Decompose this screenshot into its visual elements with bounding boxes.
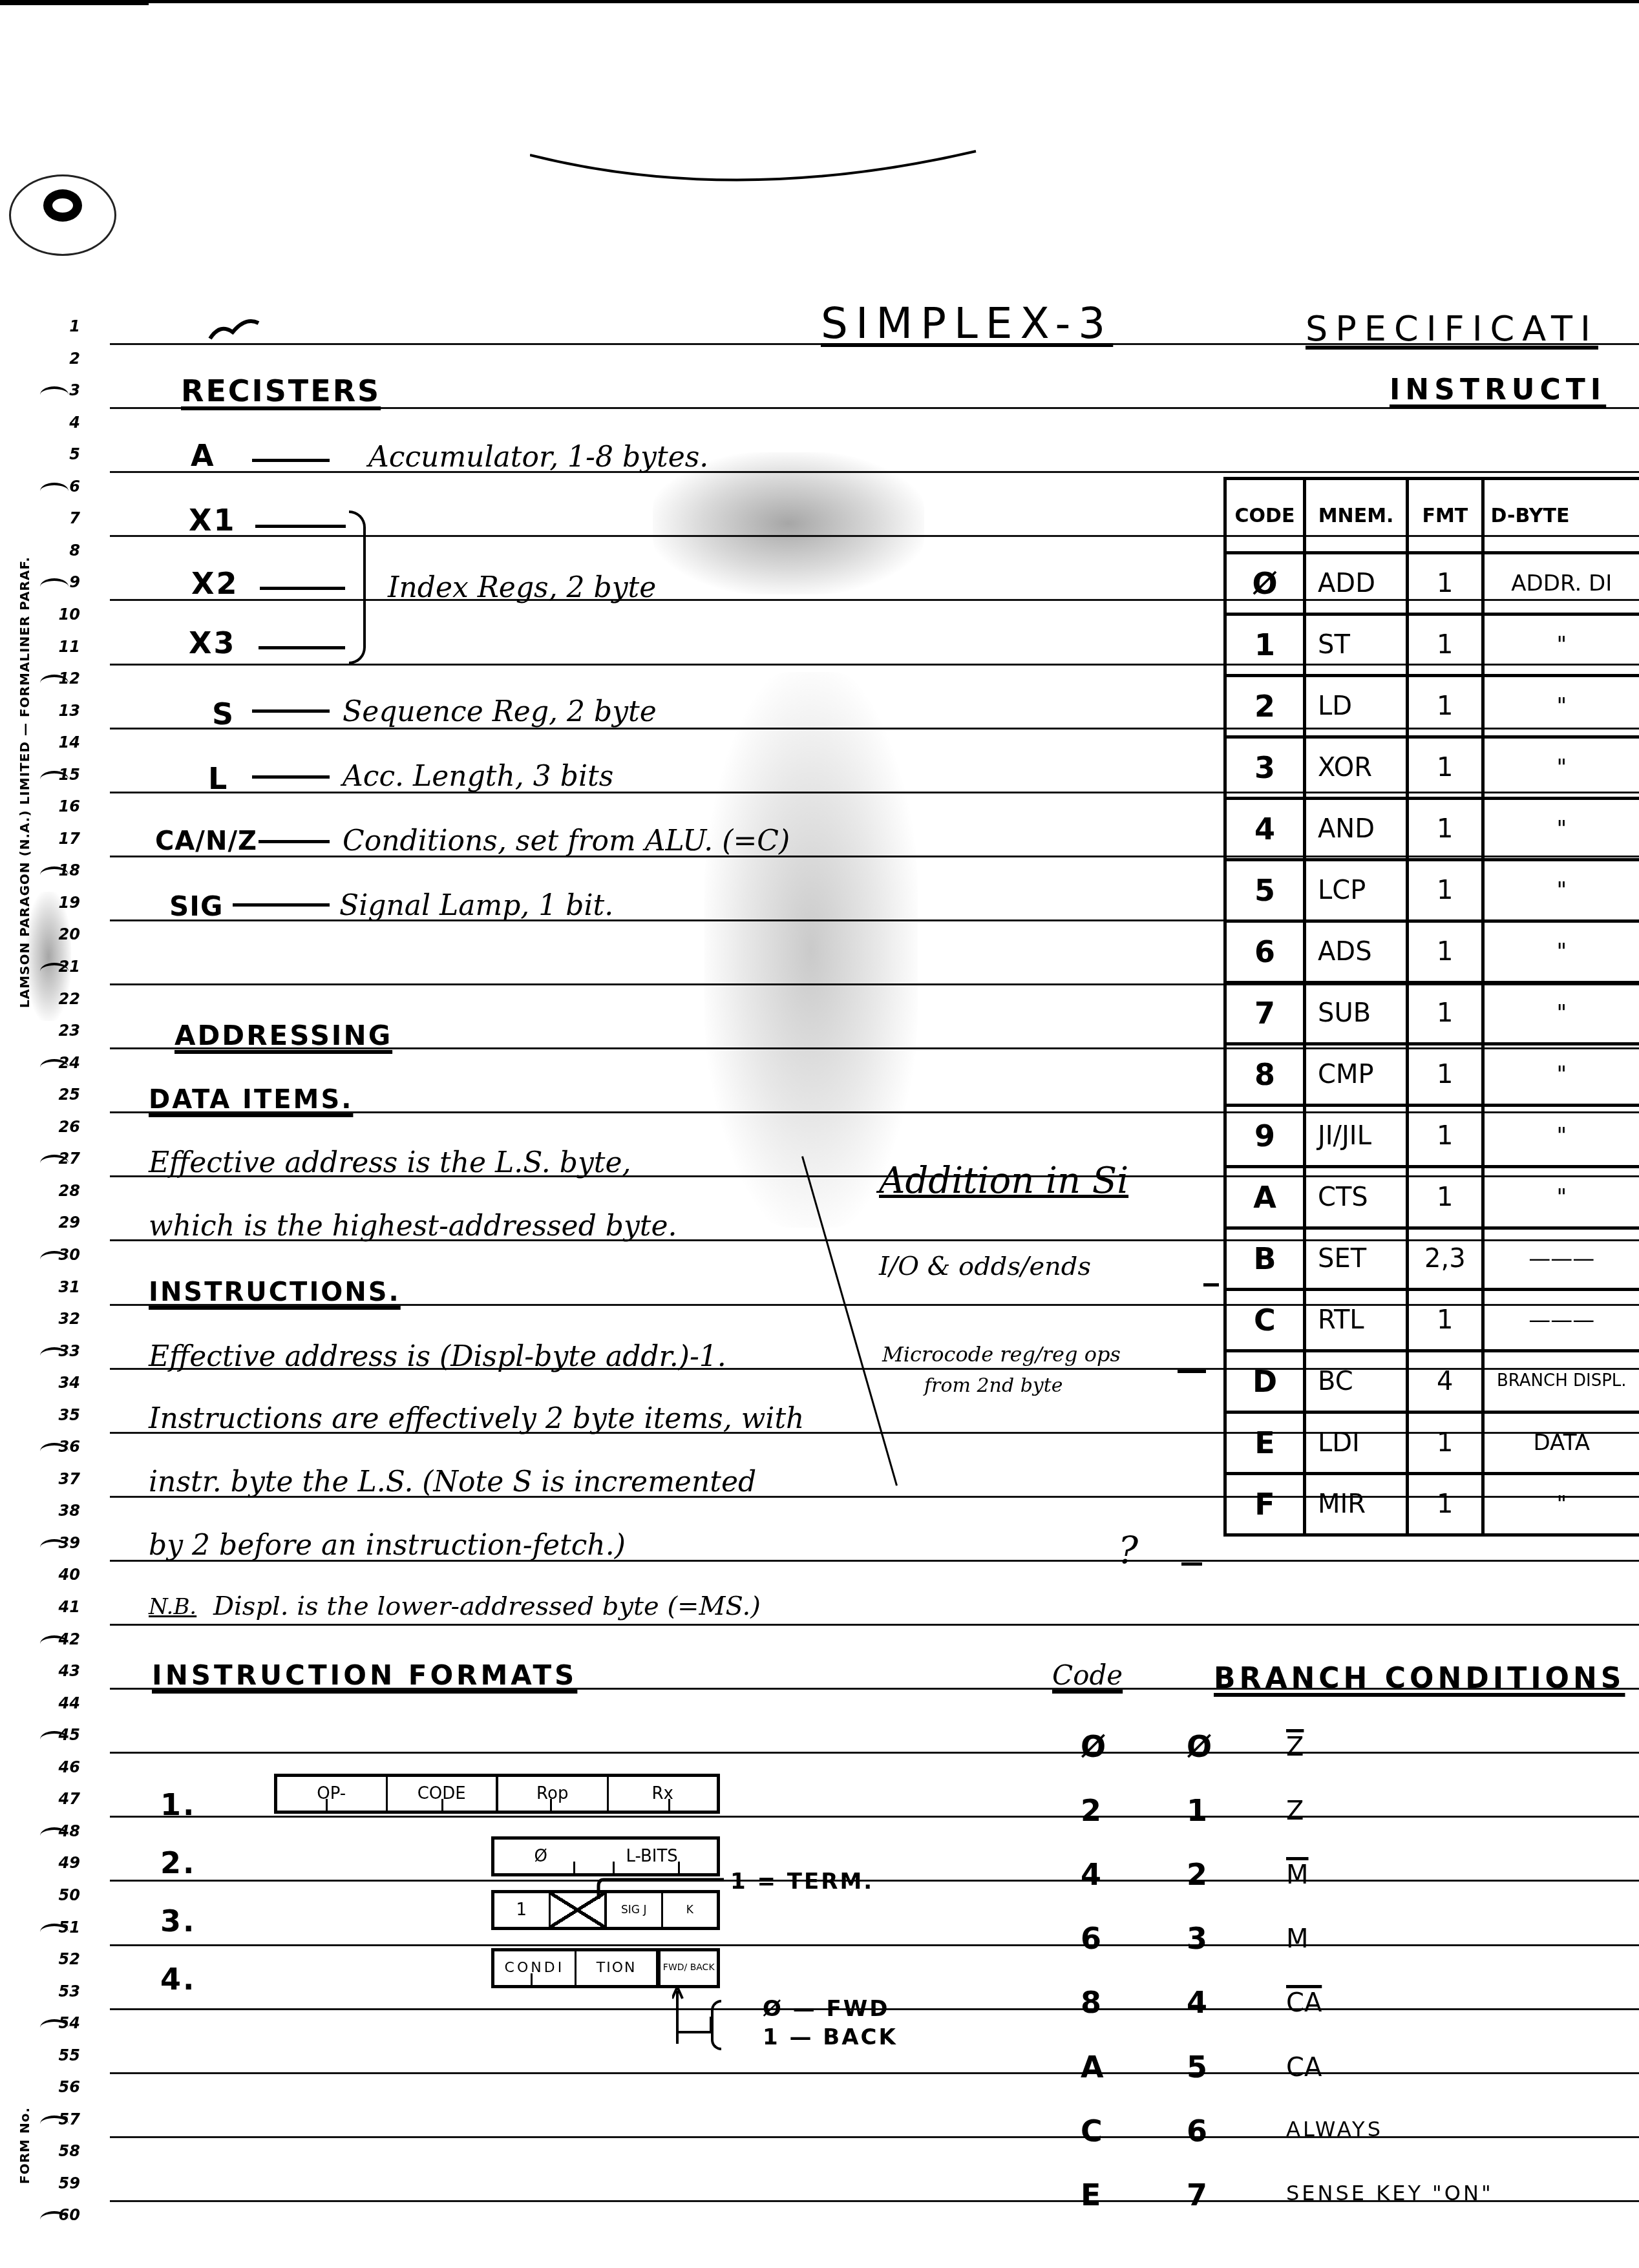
- line-number: 38: [47, 1503, 80, 1518]
- instruction-d-byte: ": [1483, 1044, 1639, 1106]
- line-number: 4: [47, 415, 80, 430]
- binder-hole-icon: [40, 1731, 69, 1748]
- register-sig-description: Signal Lamp, 1 bit.: [339, 892, 613, 920]
- branch-condition-number: 3: [1187, 1924, 1207, 1953]
- line-number: 58: [47, 2143, 80, 2159]
- instruction-format: 1: [1408, 1474, 1483, 1535]
- annotation-microcode: Microcode reg/reg ops: [882, 1344, 1121, 1365]
- instruction-mnemonic: XOR: [1305, 737, 1408, 799]
- instruction-row: DBC4BRANCH DISPL.: [1225, 1351, 1639, 1412]
- instruction-mnemonic: BC: [1305, 1351, 1408, 1412]
- instruction-code: 8: [1225, 1044, 1305, 1106]
- format-3-field-k: K: [663, 1893, 717, 1927]
- register-conditions-description: Conditions, set from ALU. (=C): [343, 827, 790, 856]
- branch-condition: CA: [1286, 2055, 1322, 2081]
- register-a-name: A: [191, 441, 216, 470]
- addressing-heading: ADDRESSING: [174, 1022, 392, 1049]
- line-number: 55: [47, 2048, 80, 2063]
- binder-hole-icon: [40, 2211, 69, 2228]
- line-number: 46: [47, 1759, 80, 1775]
- instruction-table: CODE MNEM. FMT D-BYTE ØADD1ADDR. DI1ST1"…: [1223, 477, 1639, 1537]
- ruled-line: [110, 471, 1639, 473]
- binder-hole-icon: [40, 771, 69, 788]
- line-number: 17: [47, 831, 80, 846]
- instruction-mnemonic: CMP: [1305, 1044, 1408, 1106]
- binder-hole-icon: [40, 1155, 69, 1171]
- instruction-format: 1: [1408, 1044, 1483, 1106]
- ruled-line: [110, 1880, 1639, 1882]
- column-header-format: FMT: [1408, 479, 1483, 553]
- binder-hole-icon: [40, 675, 69, 691]
- format-term-note: 1 = TERM.: [730, 1871, 874, 1893]
- instruction-row: 8CMP1": [1225, 1044, 1639, 1106]
- instruction-format: 2,3: [1408, 1228, 1483, 1290]
- register-x3-name: X3: [189, 628, 236, 658]
- register-a-dash: [252, 459, 330, 462]
- binder-hole-icon: [40, 866, 69, 883]
- instruction-code: 1: [1225, 614, 1305, 676]
- instruction-row: CRTL1———: [1225, 1290, 1639, 1351]
- page-subtitle: SPECIFICATI: [1306, 311, 1598, 346]
- instruction-code: A: [1225, 1167, 1305, 1228]
- page-title: SIMPLEX-3: [821, 302, 1113, 345]
- instruction-format: 1: [1408, 676, 1483, 737]
- format-3-field-unused: [549, 1893, 608, 1927]
- annotation-microcode-2: from 2nd byte: [924, 1376, 1063, 1396]
- branch-code-heading: Code: [1052, 1662, 1123, 1689]
- instruction-d-byte: ": [1483, 1474, 1639, 1535]
- instruction-formats-heading: INSTRUCTION FORMATS: [152, 1662, 577, 1689]
- line-number: 22: [47, 991, 80, 1007]
- ruled-line: [110, 1944, 1639, 1946]
- instruction-row: 9JI/JIL1": [1225, 1106, 1639, 1167]
- binder-hole-icon: [40, 1059, 69, 1076]
- instruction-d-byte: ": [1483, 983, 1639, 1044]
- instruction-format: 1: [1408, 799, 1483, 860]
- line-number: 7: [47, 510, 80, 526]
- format-3-box: 1 SIG J K: [491, 1890, 720, 1930]
- format-2-box: Ø L-BITS: [491, 1836, 720, 1876]
- format-4-box: CONDI TION FWD/ BACK: [491, 1948, 720, 1988]
- format-2-field-lbits: L-BITS: [587, 1840, 717, 1873]
- register-l-name: L: [208, 764, 229, 793]
- line-number: 20: [47, 927, 80, 942]
- column-header-code: CODE: [1225, 479, 1305, 553]
- branch-code: A: [1081, 2052, 1104, 2082]
- arc-scribble: [530, 149, 995, 200]
- tick-scribble: [207, 317, 265, 342]
- instruction-d-byte: ADDR. DI: [1483, 553, 1639, 614]
- data-items-line-1: Effective address is the L.S. byte,: [149, 1149, 631, 1177]
- register-x2-name: X2: [191, 569, 238, 598]
- line-number: 11: [47, 639, 80, 655]
- line-number: 53: [47, 1984, 80, 1999]
- instruction-mnemonic: SUB: [1305, 983, 1408, 1044]
- binder-hole-icon: [40, 963, 69, 980]
- line-number: 44: [47, 1696, 80, 1711]
- index-register-brace: [349, 510, 366, 664]
- binder-hole-icon: [40, 2019, 69, 2036]
- instruction-code: F: [1225, 1474, 1305, 1535]
- binder-hole-icon: [40, 1443, 69, 1460]
- line-number: 59: [47, 2176, 80, 2191]
- line-number: 47: [47, 1791, 80, 1807]
- instruction-mnemonic: JI/JIL: [1305, 1106, 1408, 1167]
- instruction-mnemonic: LD: [1305, 676, 1408, 737]
- instruction-mnemonic: ST: [1305, 614, 1408, 676]
- instruction-row: 6ADS1": [1225, 921, 1639, 983]
- instruction-code: C: [1225, 1290, 1305, 1351]
- branch-condition: SENSE KEY "ON": [1286, 2183, 1494, 2203]
- instruction-format: 1: [1408, 1290, 1483, 1351]
- format-4-field-tion: TION: [575, 1951, 659, 1985]
- instruction-mnemonic: RTL: [1305, 1290, 1408, 1351]
- fwd-note: Ø — FWD: [763, 1998, 890, 2020]
- line-number: 26: [47, 1119, 80, 1135]
- instruction-d-byte: ": [1483, 860, 1639, 921]
- format-2-field-zero: Ø: [494, 1840, 587, 1873]
- instruction-mnemonic: ADD: [1305, 553, 1408, 614]
- format-1-box: OP- CODE Rop Rx: [274, 1774, 720, 1814]
- line-number: 2: [47, 351, 80, 366]
- branch-code: E: [1081, 2180, 1101, 2210]
- line-number: 37: [47, 1471, 80, 1487]
- instruction-format: 1: [1408, 983, 1483, 1044]
- branch-code: 4: [1081, 1860, 1101, 1889]
- register-s-dash: [252, 709, 330, 713]
- instruction-code: 2: [1225, 676, 1305, 737]
- line-number: 52: [47, 1951, 80, 1967]
- instruction-mnemonic: SET: [1305, 1228, 1408, 1290]
- instruction-d-byte: ": [1483, 614, 1639, 676]
- line-number: 40: [47, 1567, 80, 1582]
- register-s-name: S: [212, 699, 235, 729]
- line-number: 49: [47, 1855, 80, 1871]
- line-number: 32: [47, 1311, 80, 1327]
- branch-condition: M: [1286, 1862, 1309, 1888]
- instruction-mnemonic: CTS: [1305, 1167, 1408, 1228]
- line-number: 1: [47, 319, 80, 334]
- ruled-line: [110, 2072, 1639, 2074]
- line-number: 31: [47, 1279, 80, 1295]
- instruction-d-byte: ———: [1483, 1290, 1639, 1351]
- scan-smudge: [653, 452, 924, 594]
- instruction-row: 7SUB1": [1225, 983, 1639, 1044]
- instruction-mnemonic: LCP: [1305, 860, 1408, 921]
- back-note: 1 — BACK: [763, 2026, 898, 2048]
- scan-top-edge-mark: [0, 3, 149, 5]
- register-x3-dash: [259, 646, 345, 649]
- instruction-code: E: [1225, 1412, 1305, 1474]
- instruction-code: D: [1225, 1351, 1305, 1412]
- instruction-d-byte: ": [1483, 1167, 1639, 1228]
- line-number: 14: [47, 735, 80, 750]
- ruled-line: [110, 1752, 1639, 1754]
- branch-condition: M: [1286, 1926, 1309, 1952]
- annotation-addition: Addition in Si: [879, 1163, 1128, 1199]
- binder-hole-icon: [40, 483, 69, 499]
- branch-condition-number: 5: [1187, 2052, 1207, 2082]
- instructions-line-3: instr. byte the L.S. (Note S is incremen…: [149, 1468, 756, 1496]
- instruction-d-byte: ": [1483, 737, 1639, 799]
- instruction-row: 3XOR1": [1225, 737, 1639, 799]
- line-number: 43: [47, 1663, 80, 1679]
- instruction-d-byte: ": [1483, 1106, 1639, 1167]
- instruction-code: B: [1225, 1228, 1305, 1290]
- instruction-format: 1: [1408, 553, 1483, 614]
- annotation-question-dash: [1181, 1562, 1202, 1566]
- instruction-format: 1: [1408, 614, 1483, 676]
- branch-condition-number: Ø: [1187, 1732, 1212, 1761]
- line-number: 10: [47, 607, 80, 622]
- format-1-field-op: OP-: [277, 1777, 388, 1811]
- data-items-line-2: which is the highest-addressed byte.: [149, 1212, 677, 1241]
- branch-code: 2: [1081, 1796, 1101, 1825]
- instruction-d-byte: ": [1483, 676, 1639, 737]
- instruction-code: 3: [1225, 737, 1305, 799]
- instruction-table-header: CODE MNEM. FMT D-BYTE: [1225, 479, 1639, 553]
- form-number: FORM No.: [17, 2107, 32, 2184]
- registers-heading: RECISTERS: [181, 376, 381, 406]
- register-conditions-name: CA/N/Z: [155, 828, 257, 854]
- instruction-row: 2LD1": [1225, 676, 1639, 737]
- binder-ring-icon: [9, 174, 116, 256]
- register-conditions-dash: [259, 840, 330, 843]
- register-a-description: Accumulator, 1-8 bytes.: [368, 443, 708, 472]
- binder-hole-icon: [40, 1347, 69, 1364]
- instruction-d-byte: ———: [1483, 1228, 1639, 1290]
- fwd-back-brace: [711, 2000, 721, 2050]
- branch-condition: CA: [1286, 1990, 1322, 2016]
- instruction-row: ELDI1DATA: [1225, 1412, 1639, 1474]
- instruction-mnemonic: MIR: [1305, 1474, 1408, 1535]
- ruled-line: [110, 1816, 1639, 1818]
- instruction-code: 5: [1225, 860, 1305, 921]
- format-3-number: 3.: [160, 1906, 196, 1936]
- line-number: 41: [47, 1599, 80, 1615]
- line-number: 16: [47, 799, 80, 814]
- line-number: 5: [47, 446, 80, 462]
- column-header-d-byte: D-BYTE: [1483, 479, 1639, 553]
- branch-condition-number: 1: [1187, 1796, 1207, 1825]
- register-sig-dash: [233, 903, 330, 907]
- binder-hole-icon: [40, 1635, 69, 1652]
- branch-code: 6: [1081, 1924, 1101, 1953]
- binder-hole-icon: [40, 1827, 69, 1844]
- branch-code: Ø: [1081, 1732, 1106, 1761]
- register-x1-dash: [255, 525, 346, 528]
- instruction-code: 9: [1225, 1106, 1305, 1167]
- register-x1-name: X1: [189, 505, 236, 535]
- binder-hole-icon: [40, 1924, 69, 1940]
- column-header-mnemonic: MNEM.: [1305, 479, 1408, 553]
- register-s-description: Sequence Reg, 2 byte: [343, 698, 657, 726]
- instruction-mnemonic: LDI: [1305, 1412, 1408, 1474]
- instruction-code: 7: [1225, 983, 1305, 1044]
- register-l-dash: [252, 775, 330, 779]
- line-number: 8: [47, 543, 80, 558]
- branch-condition-number: 4: [1187, 1988, 1207, 2017]
- register-x2-dash: [260, 587, 345, 590]
- annotation-microcode-dash: [1178, 1370, 1206, 1373]
- line-number: 56: [47, 2079, 80, 2095]
- instruction-code: 4: [1225, 799, 1305, 860]
- branch-condition: ALWAYS: [1286, 2119, 1383, 2139]
- format-1-number: 1.: [160, 1790, 196, 1820]
- instruction-format: 1: [1408, 737, 1483, 799]
- instruction-format: 1: [1408, 1167, 1483, 1228]
- instruction-d-byte: BRANCH DISPL.: [1483, 1351, 1639, 1412]
- format-1-field-rx: Rx: [609, 1777, 717, 1811]
- line-number: 29: [47, 1215, 80, 1230]
- instruction-format: 1: [1408, 921, 1483, 983]
- instruction-row: ACTS1": [1225, 1167, 1639, 1228]
- format-3-field-one: 1: [494, 1893, 549, 1927]
- branch-conditions-heading: BRANCH CONDITIONS: [1214, 1664, 1625, 1693]
- instruction-row: 4AND1": [1225, 799, 1639, 860]
- ruled-line: [110, 1624, 1639, 1626]
- line-number: 50: [47, 1887, 80, 1903]
- line-number: 35: [47, 1407, 80, 1423]
- binder-hole-icon: [40, 1251, 69, 1268]
- binder-hole-icon: [40, 2116, 69, 2132]
- register-x-description: Index Regs, 2 byte: [388, 574, 656, 602]
- branch-condition: Z: [1286, 1798, 1304, 1824]
- line-number: 19: [47, 895, 80, 910]
- register-sig-name: SIG: [169, 893, 223, 920]
- branch-code: 8: [1081, 1988, 1101, 2017]
- instruction-format: 1: [1408, 860, 1483, 921]
- format-4-number: 4.: [160, 1964, 196, 1994]
- format-1-field-code: CODE: [388, 1777, 499, 1811]
- binder-hole-icon: [40, 578, 69, 595]
- instruction-d-byte: ": [1483, 921, 1639, 983]
- annotation-question: ?: [1118, 1531, 1138, 1569]
- branch-condition-number: 2: [1187, 1860, 1207, 1889]
- nb-text: Displ. is the lower-addressed byte (=MS.…: [213, 1593, 761, 1619]
- branch-code: C: [1081, 2116, 1103, 2146]
- instructions-table-heading: INSTRUCTI: [1390, 376, 1606, 404]
- line-number: 25: [47, 1087, 80, 1102]
- instruction-mnemonic: AND: [1305, 799, 1408, 860]
- instruction-row: FMIR1": [1225, 1474, 1639, 1535]
- line-number: 34: [47, 1375, 80, 1391]
- instruction-d-byte: DATA: [1483, 1412, 1639, 1474]
- scan-smudge: [704, 672, 918, 1228]
- line-number: 13: [47, 703, 80, 719]
- instruction-format: 1: [1408, 1412, 1483, 1474]
- instruction-row: ØADD1ADDR. DI: [1225, 553, 1639, 614]
- instruction-code: 6: [1225, 921, 1305, 983]
- instructions-heading: INSTRUCTIONS.: [149, 1279, 401, 1305]
- instruction-code: Ø: [1225, 553, 1305, 614]
- instruction-row: 5LCP1": [1225, 860, 1639, 921]
- instructions-line-4: by 2 before an instruction-fetch.): [149, 1531, 626, 1560]
- line-number: 23: [47, 1023, 80, 1038]
- register-l-description: Acc. Length, 3 bits: [343, 762, 613, 791]
- branch-condition-number: 7: [1187, 2180, 1207, 2210]
- data-items-heading: DATA ITEMS.: [149, 1087, 353, 1113]
- instructions-line-1: Effective address is (Displ-byte addr.)-…: [149, 1343, 726, 1371]
- nb-label: N.B.: [149, 1596, 196, 1618]
- scan-top-edge: [0, 0, 1639, 3]
- binder-hole-icon: [40, 1539, 69, 1556]
- instruction-format: 1: [1408, 1106, 1483, 1167]
- instruction-row: 1ST1": [1225, 614, 1639, 676]
- annotation-io: I/O & odds/ends: [879, 1254, 1091, 1279]
- annotation-io-dash: [1203, 1283, 1219, 1286]
- branch-condition-number: 6: [1187, 2116, 1207, 2146]
- instruction-mnemonic: ADS: [1305, 921, 1408, 983]
- instructions-line-2: Instructions are effectively 2 byte item…: [149, 1405, 804, 1433]
- ruled-line: [110, 2136, 1639, 2138]
- binder-hole-icon: [40, 386, 69, 403]
- format-2-number: 2.: [160, 1848, 196, 1878]
- instruction-format: 4: [1408, 1351, 1483, 1412]
- instruction-d-byte: ": [1483, 799, 1639, 860]
- branch-condition: Z: [1286, 1734, 1304, 1760]
- format-1-field-rop: Rop: [498, 1777, 609, 1811]
- format-4-field-condi: CONDI: [494, 1951, 575, 1985]
- format-4-field-fwd-back: FWD/ BACK: [659, 1951, 717, 1985]
- line-number: 28: [47, 1183, 80, 1199]
- printer-imprint: LAMSON PARAGON (N.A.) LIMITED — FORMALIN…: [17, 556, 32, 1008]
- instruction-row: BSET2,3———: [1225, 1228, 1639, 1290]
- format-3-field-sig-j: SIG J: [607, 1893, 663, 1927]
